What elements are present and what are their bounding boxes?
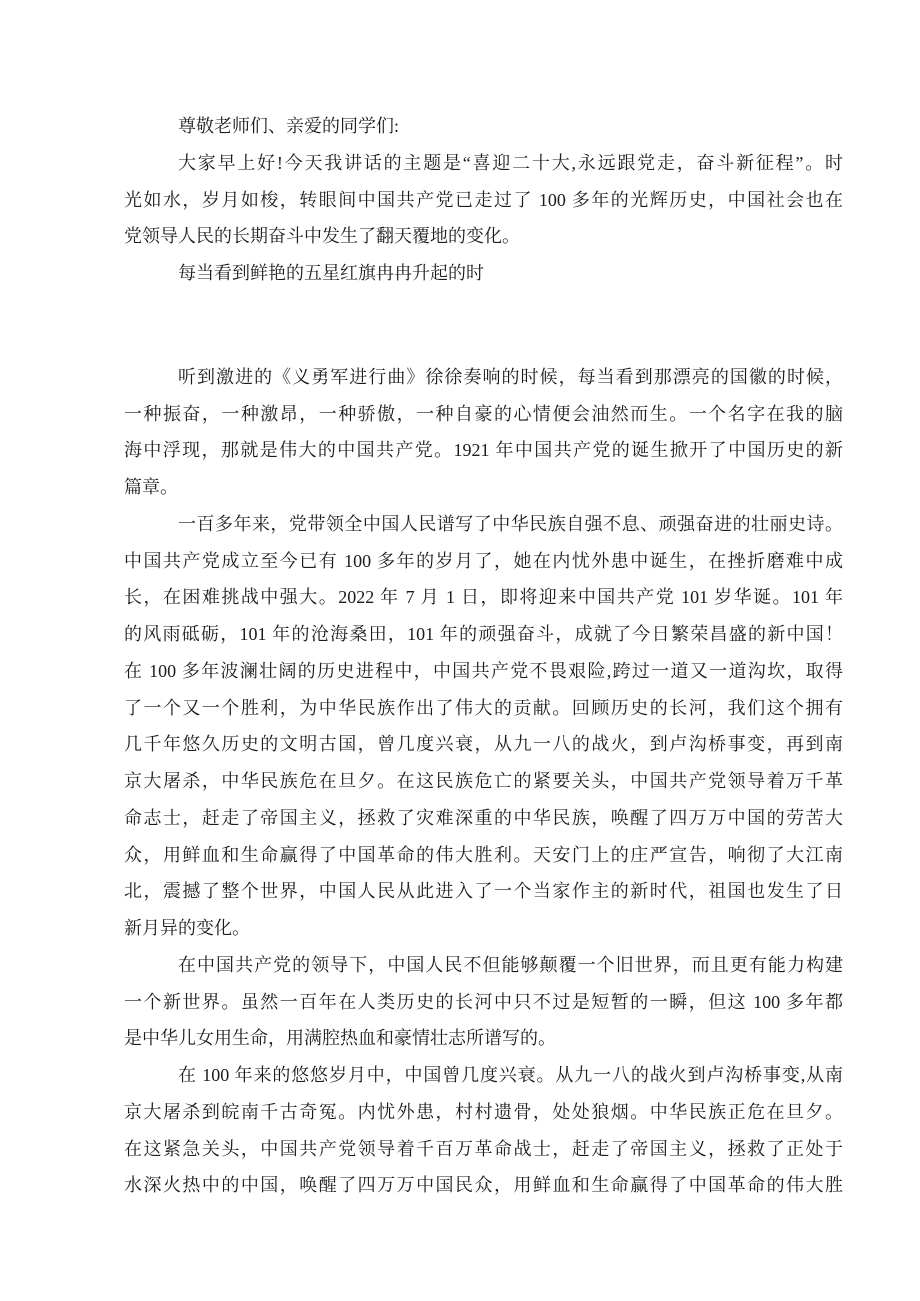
text-line: 大家早上好!今天我讲话的主题是“喜迎二十大,永远跟党走，奋斗新征程”。时 [124,145,843,182]
text-line: 在这紧急关头，中国共产党领导着千百万革命战士，赶走了帝国主义，拯救了正处于 [124,1131,843,1168]
text-line: 新月异的变化。 [124,910,843,947]
text-line: 党领导人民的长期奋斗中发生了翻天覆地的变化。 [124,218,843,255]
text-line: 尊敬老师们、亲爱的同学们: [124,108,843,145]
text-line: 北，震撼了整个世界，中国人民从此进入了一个当家作主的新时代，祖国也发生了日 [124,873,843,910]
text-line: 在 100 年来的悠悠岁月中，中国曾几度兴衰。从九一八的战火到卢沟桥事变,从南 [124,1057,843,1094]
text-line: 了一个又一个胜利，为中华民族作出了伟大的贡献。回顾历史的长河，我们这个拥有 [124,690,843,727]
text-line: 中国共产党成立至今已有 100 多年的岁月了，她在内忧外患中诞生，在挫折磨难中成 [124,543,843,580]
text-line: 听到激进的《义勇军进行曲》徐徐奏响的时候，每当看到那漂亮的国徽的时候， [124,359,843,396]
text-line: 一种振奋，一种激昂，一种骄傲，一种自豪的心情便会油然而生。一个名字在我的脑 [124,396,843,433]
text-line: 光如水，岁月如梭，转眼间中国共产党已走过了 100 多年的光辉历史，中国社会也在 [124,182,843,219]
text-line: 几千年悠久历史的文明古国，曾几度兴衰，从九一八的战火，到卢沟桥事变，再到南 [124,726,843,763]
text-line: 京大屠杀到皖南千古奇冤。内忧外患，村村遗骨，处处狼烟。中华民族正危在旦夕。 [124,1094,843,1131]
text-line: 在中国共产党的领导下，中国人民不但能够颠覆一个旧世界，而且更有能力构建 [124,947,843,984]
text-line: 篇章。 [124,469,843,506]
document-page: 尊敬老师们、亲爱的同学们:大家早上好!今天我讲话的主题是“喜迎二十大,永远跟党走… [124,108,843,1204]
text-line: 在 100 多年波澜壮阔的历史进程中，中国共产党不畏艰险,跨过一道又一道沟坎，取… [124,653,843,690]
text-line: 的风雨砥砺，101 年的沧海桑田，101 年的顽强奋斗，成就了今日繁荣昌盛的新中… [124,616,843,653]
text-line: 众，用鲜血和生命赢得了中国革命的伟大胜利。天安门上的庄严宣告，响彻了大江南 [124,837,843,874]
text-line: 是中华儿女用生命，用满腔热血和豪情壮志所谱写的。 [124,1020,843,1057]
text-line: 一个新世界。虽然一百年在人类历史的长河中只不过是短暂的一瞬，但这 100 多年都 [124,984,843,1021]
text-line: 京大屠杀，中华民族危在旦夕。在这民族危亡的紧要关头，中国共产党领导着万千革 [124,763,843,800]
text-line: 长，在困难挑战中强大。2022 年 7 月 1 日，即将迎来中国共产党 101 … [124,579,843,616]
text-block-main: 听到激进的《义勇军进行曲》徐徐奏响的时候，每当看到那漂亮的国徽的时候，一种振奋，… [124,359,843,1204]
blank-gap [124,292,843,359]
text-line: 每当看到鲜艳的五星红旗冉冉升起的时 [124,255,843,292]
text-line: 命志士，赶走了帝国主义，拯救了灾难深重的中华民族，唤醒了四万万中国的劳苦大 [124,800,843,837]
text-line: 海中浮现，那就是伟大的中国共产党。1921 年中国共产党的诞生掀开了中国历史的新 [124,432,843,469]
text-line: 一百多年来，党带领全中国人民谱写了中华民族自强不息、顽强奋进的壮丽史诗。 [124,506,843,543]
text-block-top: 尊敬老师们、亲爱的同学们:大家早上好!今天我讲话的主题是“喜迎二十大,永远跟党走… [124,108,843,292]
text-line: 水深火热中的中国，唤醒了四万万中国民众，用鲜血和生命赢得了中国革命的伟大胜 [124,1167,843,1204]
